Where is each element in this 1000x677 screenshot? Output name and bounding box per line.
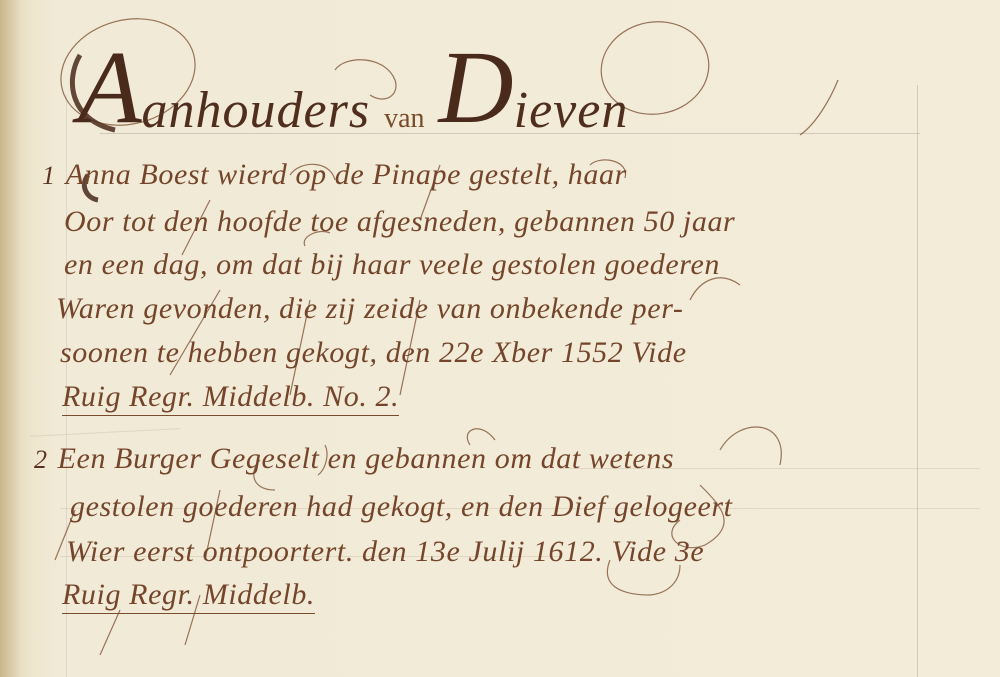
entry-2-line-3: Wier eerst ontpoortert. den 13e Julij 16…	[66, 535, 704, 569]
manuscript-page: AanhoudersvanDieven 1Anna Boest wierd op…	[0, 0, 1000, 677]
entry-1-line-4: Waren gevonden, die zij zeide van onbeke…	[56, 292, 683, 326]
entry-2-line-1: 2Een Burger Gegeselt en gebannen om dat …	[34, 442, 674, 476]
entry-1-line-5: soonen te hebben gekogt, den 22e Xber 15…	[60, 336, 687, 370]
title-initial-d: D	[439, 30, 514, 145]
book-spine-shadow	[0, 0, 22, 677]
title-word-aanhouders: anhouders	[142, 82, 371, 139]
separator-stroke	[30, 428, 180, 437]
right-margin-line	[917, 85, 918, 677]
entry-1-reference: Ruig Regr. Middelb. No. 2.	[62, 380, 399, 416]
entry-1-line-1: 1Anna Boest wierd op de Pinape gestelt, …	[42, 158, 627, 192]
title-initial-a: A	[78, 30, 142, 145]
entry-number: 2	[34, 445, 48, 474]
entry-2-reference: Ruig Regr. Middelb.	[62, 578, 315, 614]
title-word-dieven: ieven	[514, 82, 629, 139]
entry-2-line-2: gestolen goederen had gekogt, en den Die…	[70, 490, 733, 524]
entry-number: 1	[42, 161, 56, 190]
entry-1-line-2: Oor tot den hoofde toe afgesneden, geban…	[64, 205, 735, 239]
page-title: AanhoudersvanDieven	[78, 36, 628, 140]
title-word-van: van	[384, 103, 424, 134]
entry-1-line-3: en een dag, om dat bij haar veele gestol…	[64, 248, 720, 282]
